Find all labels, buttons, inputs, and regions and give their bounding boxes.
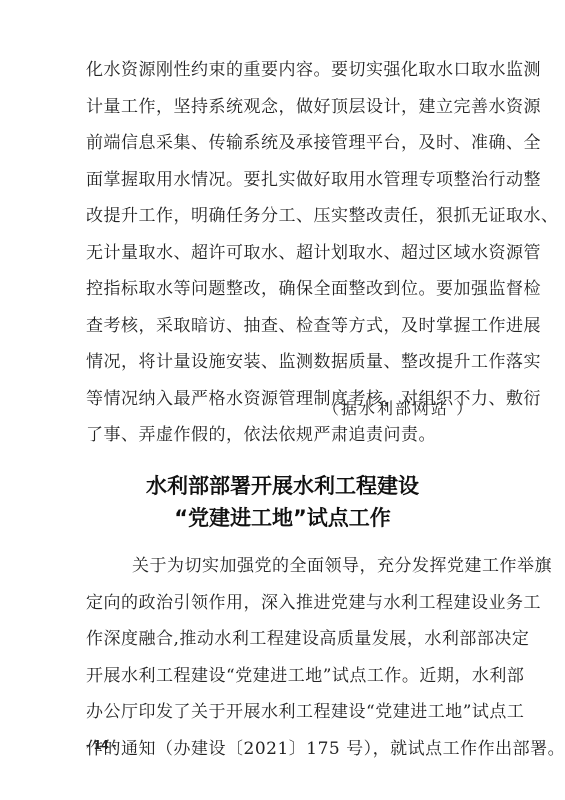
text-line: 无计量取水、超许可取水、超计划取水、超过区域水资源管 — [86, 235, 479, 272]
page-number: - 14 - — [86, 737, 116, 752]
text-line: 作的通知（办建设〔2021〕175 号），就试点工作作出部署。 — [86, 731, 479, 768]
text-line: 定向的政治引领作用，深入推进党建与水利工程建设业务工 — [86, 585, 479, 622]
text-line: 前端信息采集、传输系统及承接管理平台，及时、准确、全 — [86, 125, 479, 162]
article-title-line1: 水利部部署开展水利工程建设 — [0, 470, 565, 500]
text-line: 计量工作，坚持系统观念，做好顶层设计，建立完善水资源 — [86, 89, 479, 126]
text-line: 办公厅印发了关于开展水利工程建设“党建进工地”试点工 — [86, 694, 479, 731]
text-line: 改提升工作，明确任务分工、压实整改责任，狠抓无证取水、 — [86, 198, 479, 235]
text-line: 面掌握取用水情况。要扎实做好取用水管理专项整治行动整 — [86, 162, 479, 199]
text-line: 情况，将计量设施安装、监测数据质量、整改提升工作落实 — [86, 344, 479, 381]
text-line: 化水资源刚性约束的重要内容。要切实强化取水口取水监测 — [86, 52, 479, 89]
source-attribution: （据水利部网站 ） — [323, 396, 474, 419]
text-line: 了事、弄虚作假的，依法依规严肃追责问责。 — [86, 417, 479, 454]
article1-body: 化水资源刚性约束的重要内容。要切实强化取水口取水监测 计量工作，坚持系统观念，做… — [86, 52, 479, 454]
article2-body: 关于为切实加强党的全面领导，充分发挥党建工作举旗 定向的政治引领作用，深入推进党… — [86, 548, 479, 767]
text-line: 开展水利工程建设“党建进工地”试点工作。近期，水利部 — [86, 658, 479, 695]
document-page: 化水资源刚性约束的重要内容。要切实强化取水口取水监测 计量工作，坚持系统观念，做… — [0, 0, 565, 800]
text-line: 查考核，采取暗访、抽查、检查等方式，及时掌握工作进展 — [86, 308, 479, 345]
text-line: 控指标取水等问题整改，确保全面整改到位。要加强监督检 — [86, 271, 479, 308]
text-line: 作深度融合,推动水利工程建设高质量发展，水利部部决定 — [86, 621, 479, 658]
text-line: 关于为切实加强党的全面领导，充分发挥党建工作举旗 — [86, 548, 479, 585]
article-title-line2: “党建进工地”试点工作 — [0, 502, 565, 532]
